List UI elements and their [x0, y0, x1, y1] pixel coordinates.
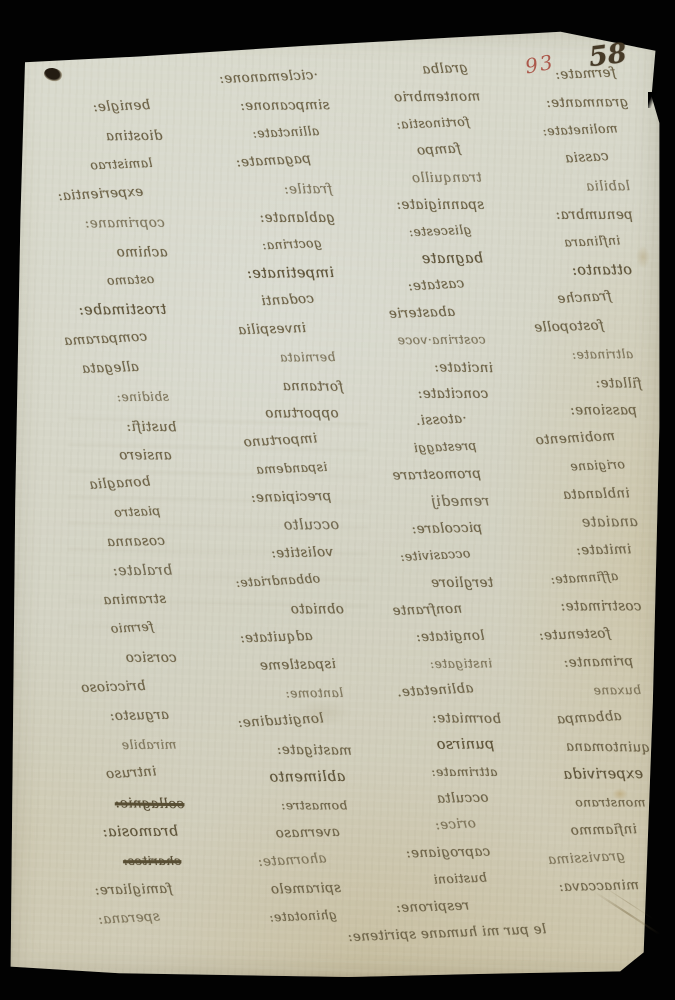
manuscript-line: ispastleme [177, 656, 346, 688]
manuscript-line: remedij [349, 493, 499, 521]
manuscript-line: precipiane: [174, 488, 343, 520]
manuscript-column-3: gralbamontembriofortinostia:fampotranqui… [332, 54, 502, 957]
manuscript-line: achimo [27, 244, 177, 273]
manuscript-line: tranquillo [342, 169, 492, 197]
manuscript-line: inblanata [492, 485, 641, 516]
manuscript-line: fermate: [478, 64, 627, 98]
manuscript-line: primante: [495, 653, 644, 684]
manuscript-line: glisceste: [331, 221, 482, 254]
manuscript-line: costrimate: [503, 599, 651, 627]
manuscript-line: diostina [23, 128, 173, 158]
manuscript-line: incitate: [353, 358, 503, 387]
manuscript-line: ·ciclemanone: [160, 67, 329, 102]
manuscript-line: ostamo [14, 271, 165, 306]
manuscript-column-4: fermate:granmante:molinetate:cassialabil… [482, 51, 650, 954]
manuscript-line: occulto [181, 517, 349, 546]
manuscript-line: sbidine: [28, 389, 178, 419]
manuscript-line: altrinate: [496, 346, 644, 375]
manuscript-line: bramosia: [38, 823, 188, 853]
manuscript-line: fostopolle [466, 317, 615, 350]
manuscript-line: experivida [505, 766, 653, 795]
manuscript-line: collagnie: [45, 794, 195, 825]
manuscript-line: abasterie [315, 303, 466, 335]
manuscript-line: ghinotate: [179, 906, 348, 941]
manuscript-line: invespilia [148, 320, 317, 354]
manuscript-line: fratile: [174, 181, 342, 210]
manuscript-line: inflinara [482, 232, 631, 266]
manuscript-line: benigle: [10, 97, 161, 132]
manuscript-line: argusto: [29, 707, 180, 739]
manuscript-line: cosanna [25, 533, 176, 565]
manuscript-line: briccioso [6, 677, 157, 711]
manuscript-line: coprimane: [25, 215, 175, 245]
manuscript-line: punirso [354, 736, 504, 764]
manuscript-line: granmante: [490, 94, 638, 123]
manuscript-column-2: ·ciclemanone:simpcanone:allinctate:pagam… [164, 58, 352, 962]
manuscript-line: fortanna [185, 377, 353, 407]
manuscript-line: penumbra: [495, 207, 643, 235]
handwriting-area: benigle:diostinalamistraoexperientia:cop… [14, 51, 650, 965]
manuscript-line: montembrio [340, 88, 490, 116]
manuscript-column-1: benigle:diostinalamistraoexperientia:cop… [14, 62, 184, 965]
manuscript-line: bomastre: [190, 798, 358, 826]
manuscript-line: mastigate: [193, 741, 361, 771]
manuscript-line: minaccava: [500, 877, 649, 908]
manuscript-line: le pur mi humane spiritene: [347, 923, 498, 956]
manuscript-line: sperana: [20, 908, 171, 945]
manuscript-line: monstrano [508, 795, 656, 823]
manuscript-line: quintomana [511, 738, 659, 768]
manuscript-line: bralate: [32, 563, 182, 593]
manuscript-photo: 93 58 benigle:diostinalamistraoexperient… [0, 0, 675, 1000]
manuscript-line: gralba [328, 59, 479, 92]
manuscript-line: berniata [178, 349, 346, 378]
manuscript-line: allegata [0, 359, 149, 393]
manuscript-line: simpcanone: [172, 97, 340, 126]
manuscript-line: labilia [492, 178, 640, 207]
manuscript-line: promostrare [341, 465, 492, 495]
manuscript-line: spannigiate: [344, 197, 494, 224]
manuscript-line: goctrina: [164, 235, 333, 270]
edge-tear [648, 92, 658, 108]
manuscript-line: gablanate: [177, 210, 345, 238]
manuscript-line: fostenute: [473, 625, 622, 658]
manuscript-line: attrimate: [357, 764, 507, 791]
manuscript-line: fillate: [503, 374, 651, 404]
manuscript-line: ablimento [187, 769, 355, 798]
manuscript-line: anaiate [499, 514, 647, 543]
